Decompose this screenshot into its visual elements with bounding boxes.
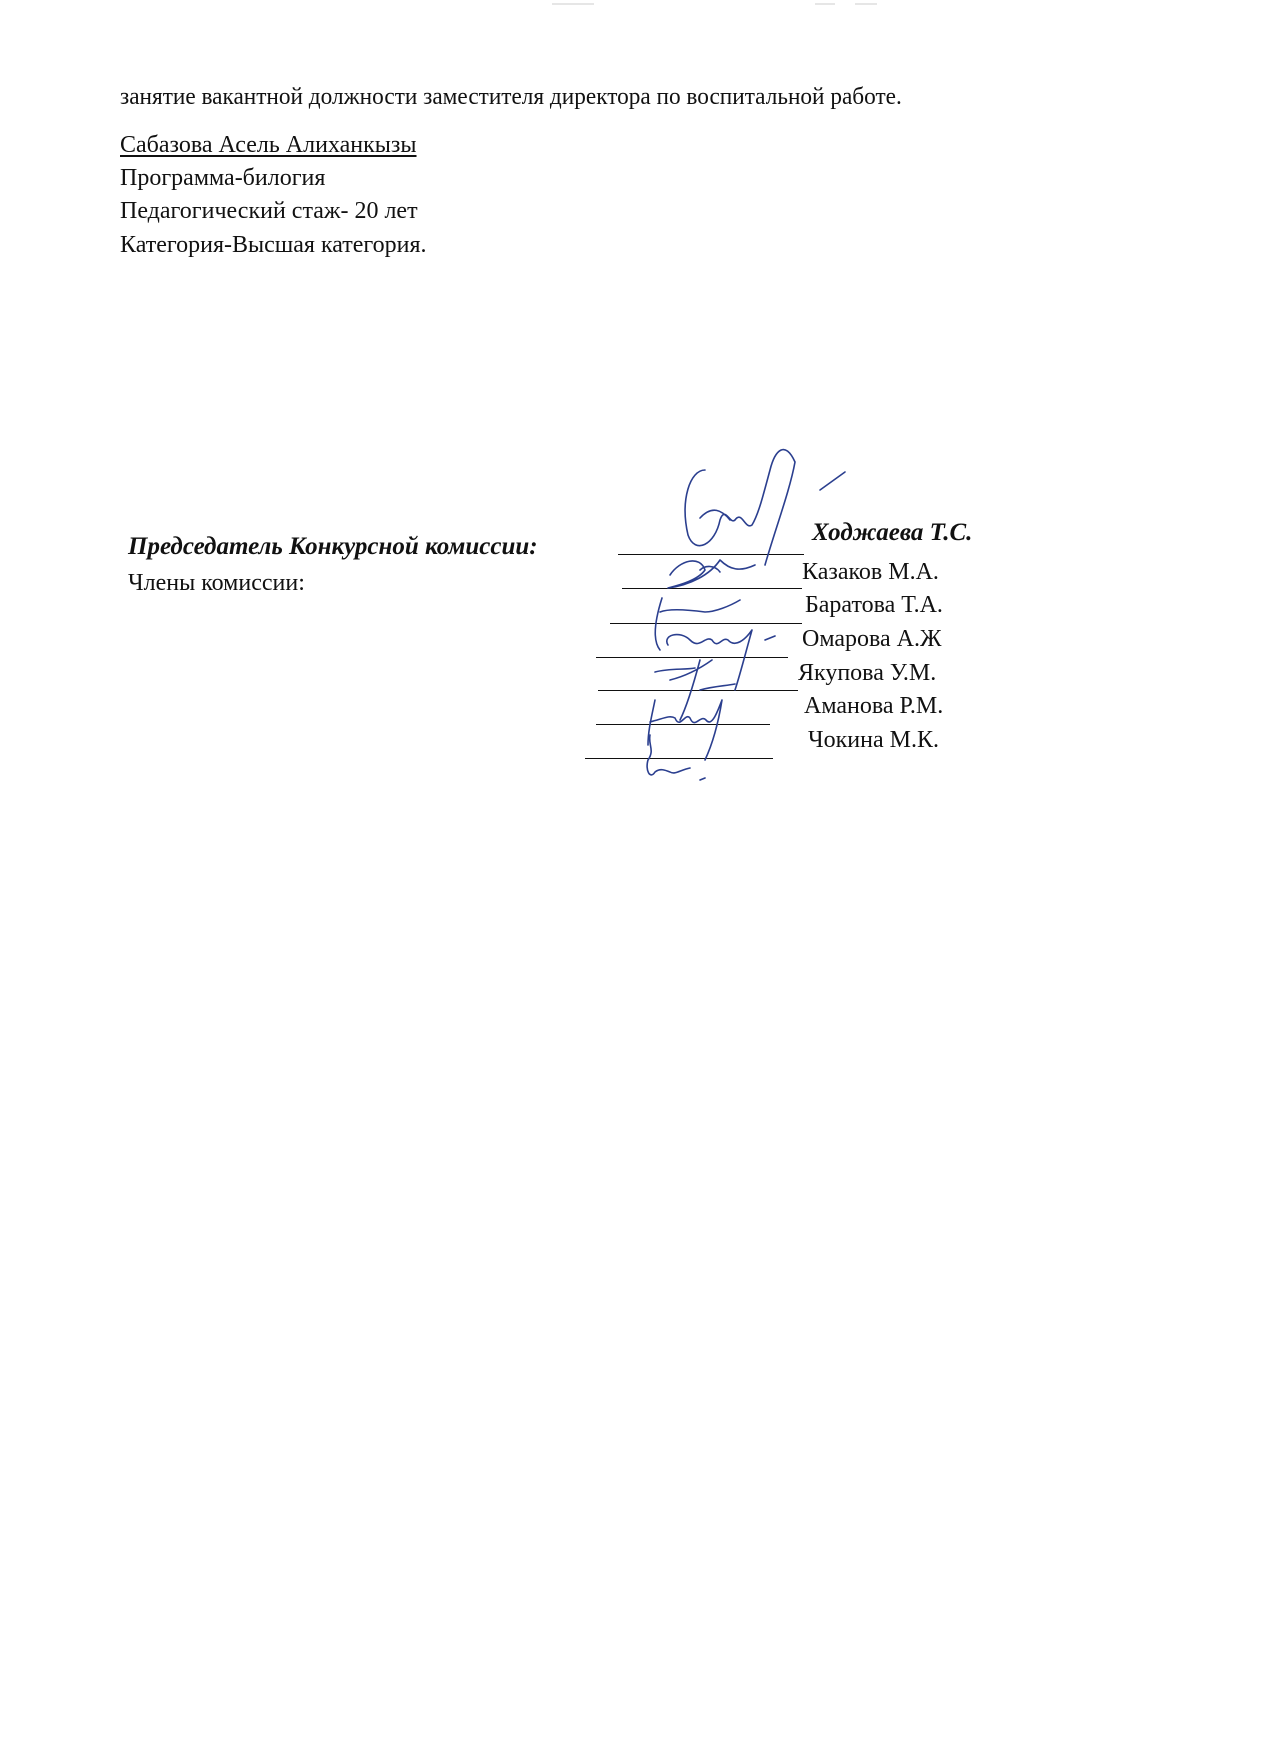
member-name: Омарова А.Ж bbox=[802, 624, 942, 654]
chair-label: Председатель Конкурсной комиссии: bbox=[128, 532, 538, 562]
chair-name: Ходжаева Т.С. bbox=[812, 518, 972, 548]
members-label: Члены комиссии: bbox=[128, 568, 305, 598]
member-name: Казаков М.А. bbox=[802, 557, 939, 587]
member-name: Аманова Р.М. bbox=[804, 691, 943, 721]
scan-artifact bbox=[552, 3, 572, 5]
scan-artifact bbox=[815, 3, 835, 5]
scan-artifact bbox=[855, 3, 877, 5]
member-signature-line bbox=[610, 623, 802, 624]
member-signature-line bbox=[596, 657, 788, 658]
candidate-experience: Педагогический стаж- 20 лет bbox=[120, 196, 418, 226]
member-signature-line bbox=[596, 724, 770, 725]
document-page: занятие вакантной должности заместителя … bbox=[0, 0, 1273, 1753]
member-name: Якупова У.М. bbox=[798, 658, 936, 688]
candidate-name: Сабазова Асель Алиханкызы bbox=[120, 130, 417, 160]
member-name: Чокина М.К. bbox=[808, 725, 939, 755]
candidate-category: Категория-Высшая категория. bbox=[120, 230, 427, 260]
member-signature-line bbox=[585, 758, 773, 759]
member-signature-line bbox=[598, 690, 798, 691]
member-signature-line bbox=[622, 588, 802, 589]
chair-signature-line bbox=[618, 554, 804, 555]
intro-line: занятие вакантной должности заместителя … bbox=[120, 82, 902, 112]
member-name: Баратова Т.А. bbox=[805, 590, 943, 620]
scan-artifact bbox=[572, 3, 594, 5]
candidate-program: Программа-билогия bbox=[120, 163, 325, 193]
